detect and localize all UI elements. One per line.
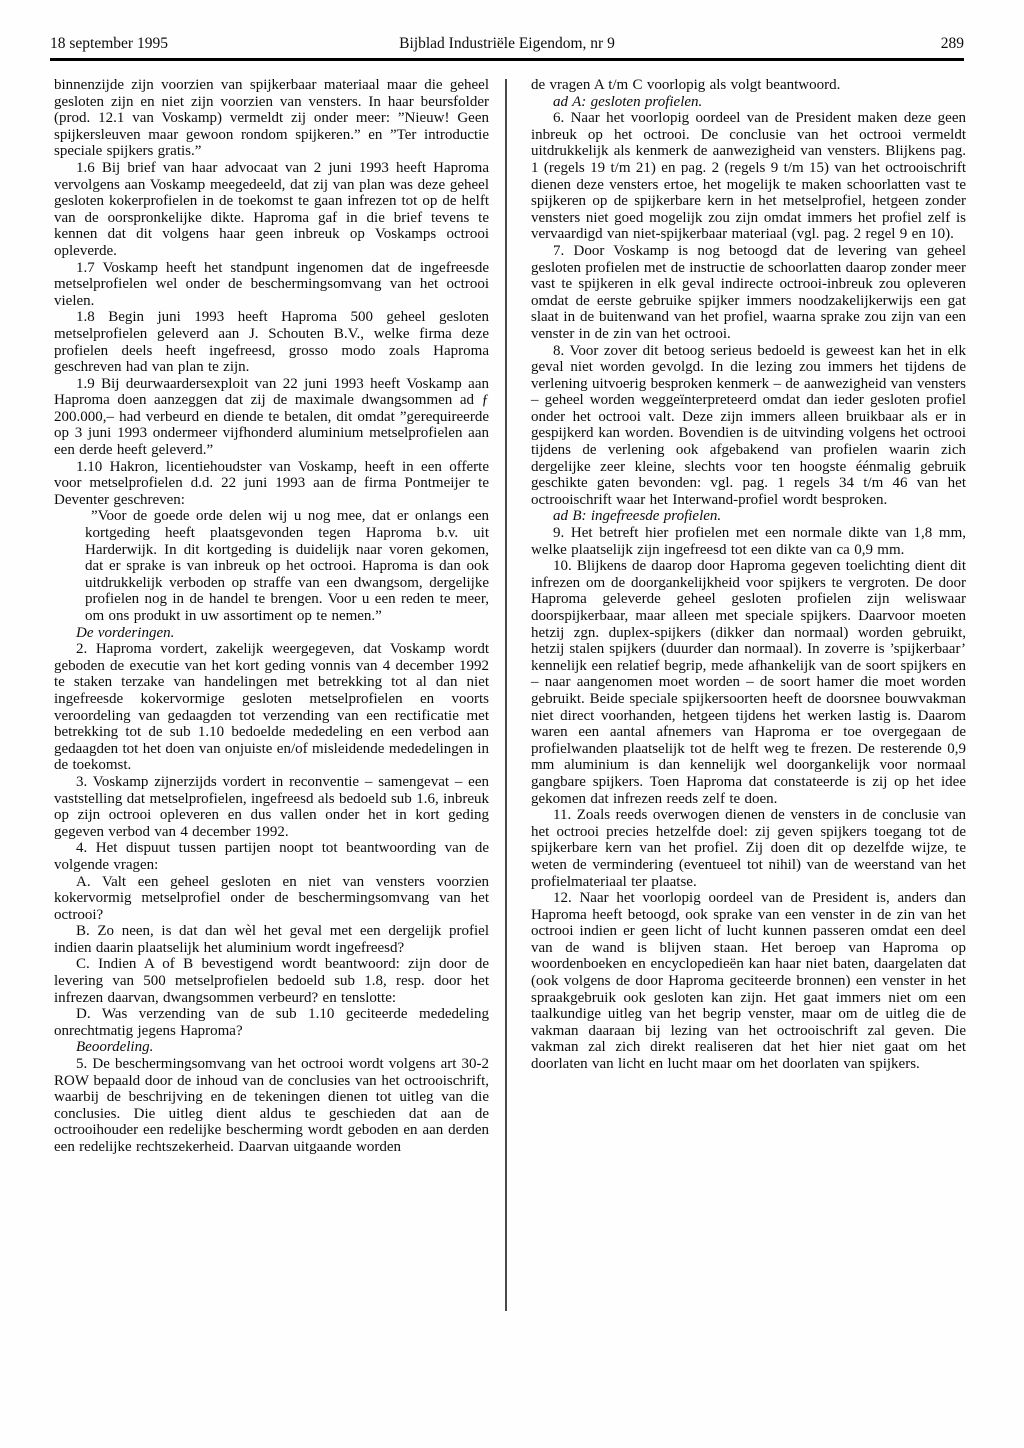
paragraph: 4. Het dispuut tussen partijen noopt tot… [54,840,489,873]
paragraph: 12. Naar het voorlopig oordeel van de Pr… [531,890,966,1073]
paragraph: 1.6 Bij brief van haar advocaat van 2 ju… [54,160,489,260]
paragraph: de vragen A t/m C voorlopig als volgt be… [531,77,966,94]
paragraph: 9. Het betreft hier profielen met een no… [531,525,966,558]
text-columns: binnenzijde zijn voorzien van spijkerbaa… [54,77,966,1156]
left-column: binnenzijde zijn voorzien van spijkerbaa… [54,77,489,1156]
paragraph: 3. Voskamp zijnerzijds vordert in reconv… [54,774,489,840]
header-rule [50,58,964,61]
page-header: 18 september 1995 Bijblad Industriële Ei… [50,34,964,53]
paragraph: 5. De beschermingsomvang van het octrooi… [54,1056,489,1156]
header-date: 18 september 1995 [50,34,399,53]
paragraph: ad B: ingefreesde profielen. [531,508,966,525]
paragraph: 10. Blijkens de daarop door Haproma gege… [531,558,966,807]
paragraph: 11. Zoals reeds overwogen dienen de vens… [531,807,966,890]
paragraph: ”Voor de goede orde delen wij u nog mee,… [85,508,489,624]
paragraph: 1.10 Hakron, licentiehoudster van Voskam… [54,459,489,509]
right-column: de vragen A t/m C voorlopig als volgt be… [531,77,966,1156]
journal-page: 18 september 1995 Bijblad Industriële Ei… [0,0,1024,1448]
header-journal-title: Bijblad Industriële Eigendom, nr 9 [399,34,615,53]
paragraph: Beoordeling. [54,1039,489,1056]
paragraph: 1.8 Begin juni 1993 heeft Haproma 500 ge… [54,309,489,375]
paragraph: 6. Naar het voorlopig oordeel van de Pre… [531,110,966,243]
paragraph: A. Valt een geheel gesloten en niet van … [54,874,489,924]
paragraph: 8. Voor zover dit betoog serieus bedoeld… [531,343,966,509]
paragraph: binnenzijde zijn voorzien van spijkerbaa… [54,77,489,160]
paragraph: 1.9 Bij deurwaardersexploit van 22 juni … [54,376,489,459]
paragraph: De vorderingen. [54,625,489,642]
column-divider [505,79,507,1311]
paragraph: B. Zo neen, is dat dan wèl het geval met… [54,923,489,956]
paragraph: C. Indien A of B bevestigend wordt beant… [54,956,489,1006]
paragraph: 2. Haproma vordert, zakelijk weergegeven… [54,641,489,774]
paragraph: 7. Door Voskamp is nog betoogd dat de le… [531,243,966,343]
paragraph: D. Was verzending van de sub 1.10 gecite… [54,1006,489,1039]
paragraph: 1.7 Voskamp heeft het standpunt ingenome… [54,260,489,310]
header-page-number: 289 [615,34,964,53]
paragraph: ad A: gesloten profielen. [531,94,966,111]
